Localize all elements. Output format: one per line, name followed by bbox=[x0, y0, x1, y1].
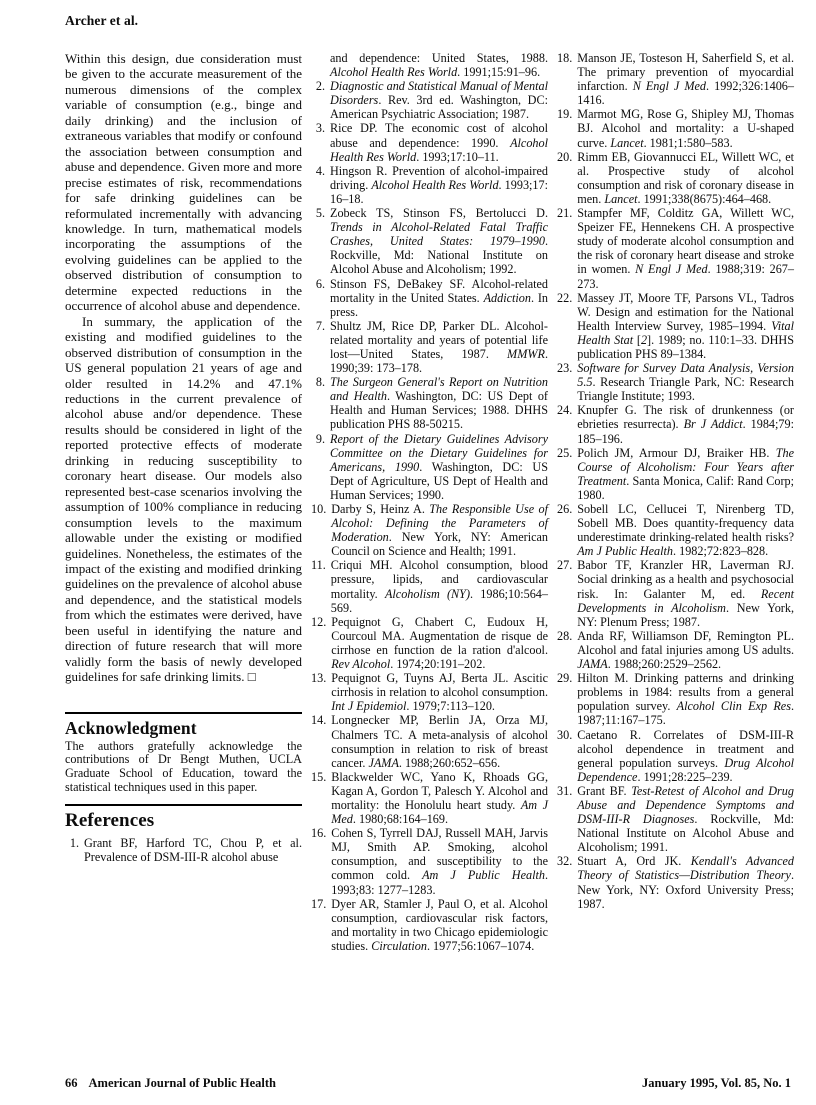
reference-text: Rice DP. The economic cost of alcohol ab… bbox=[330, 121, 548, 163]
reference-text: Pequignot G, Tuyns AJ, Berta JL. Ascitic… bbox=[331, 671, 548, 713]
reference-number: 26. bbox=[557, 502, 577, 558]
reference-text: and dependence: United States, 1988. Alc… bbox=[330, 51, 548, 79]
reference-text: Grant BF, Harford TC, Chou P, et al. Pre… bbox=[84, 836, 302, 864]
reference-number: 30. bbox=[557, 728, 577, 784]
reference-number: 2. bbox=[311, 79, 330, 121]
reference-number: 12. bbox=[311, 615, 331, 671]
reference-list-left: 1.Grant BF, Harford TC, Chou P, et al. P… bbox=[65, 836, 302, 864]
reference-item: 20.Rimm EB, Giovannucci EL, Willett WC, … bbox=[557, 150, 794, 206]
body-paragraph: Within this design, due consideration mu… bbox=[65, 51, 302, 314]
reference-number: 19. bbox=[557, 107, 577, 149]
reference-item: and dependence: United States, 1988. Alc… bbox=[311, 51, 548, 79]
reference-text: Marmot MG, Rose G, Shipley MJ, Thomas BJ… bbox=[577, 107, 794, 149]
reference-text: Anda RF, Williamson DF, Remington PL. Al… bbox=[577, 629, 794, 671]
reference-text: Polich JM, Armour DJ, Braiker HB. The Co… bbox=[577, 446, 794, 502]
reference-number: 8. bbox=[311, 375, 330, 431]
reference-item: 27.Babor TF, Kranzler HR, Laverman RJ. S… bbox=[557, 558, 794, 628]
reference-number: 31. bbox=[557, 784, 577, 854]
reference-text: Massey JT, Moore TF, Parsons VL, Tadros … bbox=[577, 291, 794, 361]
reference-text: Caetano R. Correlates of DSM-III-R alcoh… bbox=[577, 728, 794, 784]
reference-item: 17.Dyer AR, Stamler J, Paul O, et al. Al… bbox=[311, 897, 548, 953]
reference-item: 1.Grant BF, Harford TC, Chou P, et al. P… bbox=[65, 836, 302, 864]
reference-item: 32.Stuart A, Ord JK. Kendall's Advanced … bbox=[557, 854, 794, 910]
reference-text: Manson JE, Tosteson H, Saherfield S, et … bbox=[577, 51, 794, 107]
reference-number: 23. bbox=[557, 361, 577, 403]
running-head: Archer et al. bbox=[65, 13, 138, 29]
reference-item: 18.Manson JE, Tosteson H, Saherfield S, … bbox=[557, 51, 794, 107]
reference-text: Dyer AR, Stamler J, Paul O, et al. Alcoh… bbox=[331, 897, 548, 953]
reference-item: 21.Stampfer MF, Colditz GA, Willett WC, … bbox=[557, 206, 794, 291]
reference-text: Cohen S, Tyrrell DAJ, Russell MAH, Jarvi… bbox=[331, 826, 548, 896]
body-text: Within this design, due consideration mu… bbox=[65, 51, 302, 685]
reference-number: 15. bbox=[311, 770, 331, 826]
journal-page: Archer et al. Within this design, due co… bbox=[0, 0, 816, 1105]
reference-text: Knupfer G. The risk of drunkenness (or e… bbox=[577, 403, 794, 445]
journal-name: American Journal of Public Health bbox=[89, 1076, 277, 1091]
reference-text: Diagnostic and Statistical Manual of Men… bbox=[330, 79, 548, 121]
references-heading: References bbox=[65, 810, 302, 832]
reference-text: Criqui MH. Alcohol consumption, blood pr… bbox=[331, 558, 548, 614]
reference-number: 32. bbox=[557, 854, 577, 910]
reference-item: 2.Diagnostic and Statistical Manual of M… bbox=[311, 79, 548, 121]
reference-item: 9.Report of the Dietary Guidelines Advis… bbox=[311, 432, 548, 502]
reference-item: 6.Stinson FS, DeBakey SF. Alcohol-relate… bbox=[311, 277, 548, 319]
reference-item: 10.Darby S, Heinz A. The Responsible Use… bbox=[311, 502, 548, 558]
reference-item: 14.Longnecker MP, Berlin JA, Orza MJ, Ch… bbox=[311, 713, 548, 769]
reference-text: Shultz JM, Rice DP, Parker DL. Alcohol-r… bbox=[330, 319, 548, 375]
reference-number: 27. bbox=[557, 558, 577, 628]
reference-text: Report of the Dietary Guidelines Advisor… bbox=[330, 432, 548, 502]
reference-text: Darby S, Heinz A. The Responsible Use of… bbox=[331, 502, 548, 558]
reference-text: Stampfer MF, Colditz GA, Willett WC, Spe… bbox=[577, 206, 794, 291]
column-left: Within this design, due consideration mu… bbox=[65, 51, 302, 953]
reference-text: Blackwelder WC, Yano K, Rhoads GG, Kagan… bbox=[331, 770, 548, 826]
reference-text: Hingson R. Prevention of alcohol-impaire… bbox=[330, 164, 548, 206]
reference-item: 30.Caetano R. Correlates of DSM-III-R al… bbox=[557, 728, 794, 784]
reference-item: 4.Hingson R. Prevention of alcohol-impai… bbox=[311, 164, 548, 206]
reference-number: 10. bbox=[311, 502, 331, 558]
reference-text: Stuart A, Ord JK. Kendall's Advanced The… bbox=[577, 854, 794, 910]
reference-number: 6. bbox=[311, 277, 330, 319]
reference-number: 28. bbox=[557, 629, 577, 671]
reference-text: Hilton M. Drinking patterns and drinking… bbox=[577, 671, 794, 727]
section-divider bbox=[65, 712, 302, 714]
reference-number: 3. bbox=[311, 121, 330, 163]
reference-number: 13. bbox=[311, 671, 331, 713]
reference-number: 25. bbox=[557, 446, 577, 502]
column-middle: and dependence: United States, 1988. Alc… bbox=[311, 51, 548, 953]
reference-number: 20. bbox=[557, 150, 577, 206]
reference-number bbox=[311, 51, 330, 79]
reference-text: Babor TF, Kranzler HR, Laverman RJ. Soci… bbox=[577, 558, 794, 628]
reference-item: 7.Shultz JM, Rice DP, Parker DL. Alcohol… bbox=[311, 319, 548, 375]
reference-text: Rimm EB, Giovannucci EL, Willett WC, et … bbox=[577, 150, 794, 206]
reference-number: 22. bbox=[557, 291, 577, 361]
reference-number: 14. bbox=[311, 713, 331, 769]
acknowledgment-heading: Acknowledgment bbox=[65, 718, 302, 739]
reference-item: 22.Massey JT, Moore TF, Parsons VL, Tadr… bbox=[557, 291, 794, 361]
section-divider bbox=[65, 804, 302, 806]
reference-item: 11.Criqui MH. Alcohol consumption, blood… bbox=[311, 558, 548, 614]
reference-number: 5. bbox=[311, 206, 330, 276]
reference-item: 28.Anda RF, Williamson DF, Remington PL.… bbox=[557, 629, 794, 671]
reference-number: 16. bbox=[311, 826, 331, 896]
reference-text: Grant BF. Test-Retest of Alcohol and Dru… bbox=[577, 784, 794, 854]
reference-item: 23.Software for Survey Data Analysis, Ve… bbox=[557, 361, 794, 403]
reference-text: Zobeck TS, Stinson FS, Bertolucci D. Tre… bbox=[330, 206, 548, 276]
reference-item: 12.Pequignot G, Chabert C, Eudoux H, Cou… bbox=[311, 615, 548, 671]
reference-text: Longnecker MP, Berlin JA, Orza MJ, Chalm… bbox=[331, 713, 548, 769]
page-footer: 66 American Journal of Public Health Jan… bbox=[65, 1076, 791, 1091]
reference-text: Pequignot G, Chabert C, Eudoux H, Courco… bbox=[331, 615, 548, 671]
reference-number: 24. bbox=[557, 403, 577, 445]
reference-number: 29. bbox=[557, 671, 577, 727]
reference-text: Software for Survey Data Analysis, Versi… bbox=[577, 361, 794, 403]
reference-item: 31.Grant BF. Test-Retest of Alcohol and … bbox=[557, 784, 794, 854]
reference-item: 3.Rice DP. The economic cost of alcohol … bbox=[311, 121, 548, 163]
footer-left: 66 American Journal of Public Health bbox=[65, 1076, 276, 1091]
reference-item: 5.Zobeck TS, Stinson FS, Bertolucci D. T… bbox=[311, 206, 548, 276]
reference-number: 11. bbox=[311, 558, 331, 614]
reference-item: 8.The Surgeon General's Report on Nutrit… bbox=[311, 375, 548, 431]
page-number: 66 bbox=[65, 1076, 78, 1091]
reference-number: 17. bbox=[311, 897, 331, 953]
reference-text: The Surgeon General's Report on Nutritio… bbox=[330, 375, 548, 431]
body-paragraph-final: In summary, the application of the exist… bbox=[65, 314, 302, 685]
reference-number: 4. bbox=[311, 164, 330, 206]
reference-list-right: 18.Manson JE, Tosteson H, Saherfield S, … bbox=[557, 51, 794, 911]
reference-number: 7. bbox=[311, 319, 330, 375]
reference-item: 25.Polich JM, Armour DJ, Braiker HB. The… bbox=[557, 446, 794, 502]
reference-item: 13.Pequignot G, Tuyns AJ, Berta JL. Asci… bbox=[311, 671, 548, 713]
three-column-layout: Within this design, due consideration mu… bbox=[65, 51, 794, 953]
reference-item: 26.Sobell LC, Cellucei T, Nirenberg TD, … bbox=[557, 502, 794, 558]
reference-number: 9. bbox=[311, 432, 330, 502]
acknowledgment-text: The authors gratefully acknowledge the c… bbox=[65, 740, 302, 796]
issue-info: January 1995, Vol. 85, No. 1 bbox=[642, 1076, 791, 1091]
reference-item: 15.Blackwelder WC, Yano K, Rhoads GG, Ka… bbox=[311, 770, 548, 826]
reference-text: Sobell LC, Cellucei T, Nirenberg TD, Sob… bbox=[577, 502, 794, 558]
reference-number: 18. bbox=[557, 51, 577, 107]
reference-number: 21. bbox=[557, 206, 577, 291]
reference-item: 19.Marmot MG, Rose G, Shipley MJ, Thomas… bbox=[557, 107, 794, 149]
reference-text: Stinson FS, DeBakey SF. Alcohol-related … bbox=[330, 277, 548, 319]
column-right: 18.Manson JE, Tosteson H, Saherfield S, … bbox=[557, 51, 794, 953]
reference-item: 16.Cohen S, Tyrrell DAJ, Russell MAH, Ja… bbox=[311, 826, 548, 896]
reference-item: 24.Knupfer G. The risk of drunkenness (o… bbox=[557, 403, 794, 445]
reference-list-middle: and dependence: United States, 1988. Alc… bbox=[311, 51, 548, 953]
reference-item: 29.Hilton M. Drinking patterns and drink… bbox=[557, 671, 794, 727]
reference-number: 1. bbox=[65, 836, 84, 864]
